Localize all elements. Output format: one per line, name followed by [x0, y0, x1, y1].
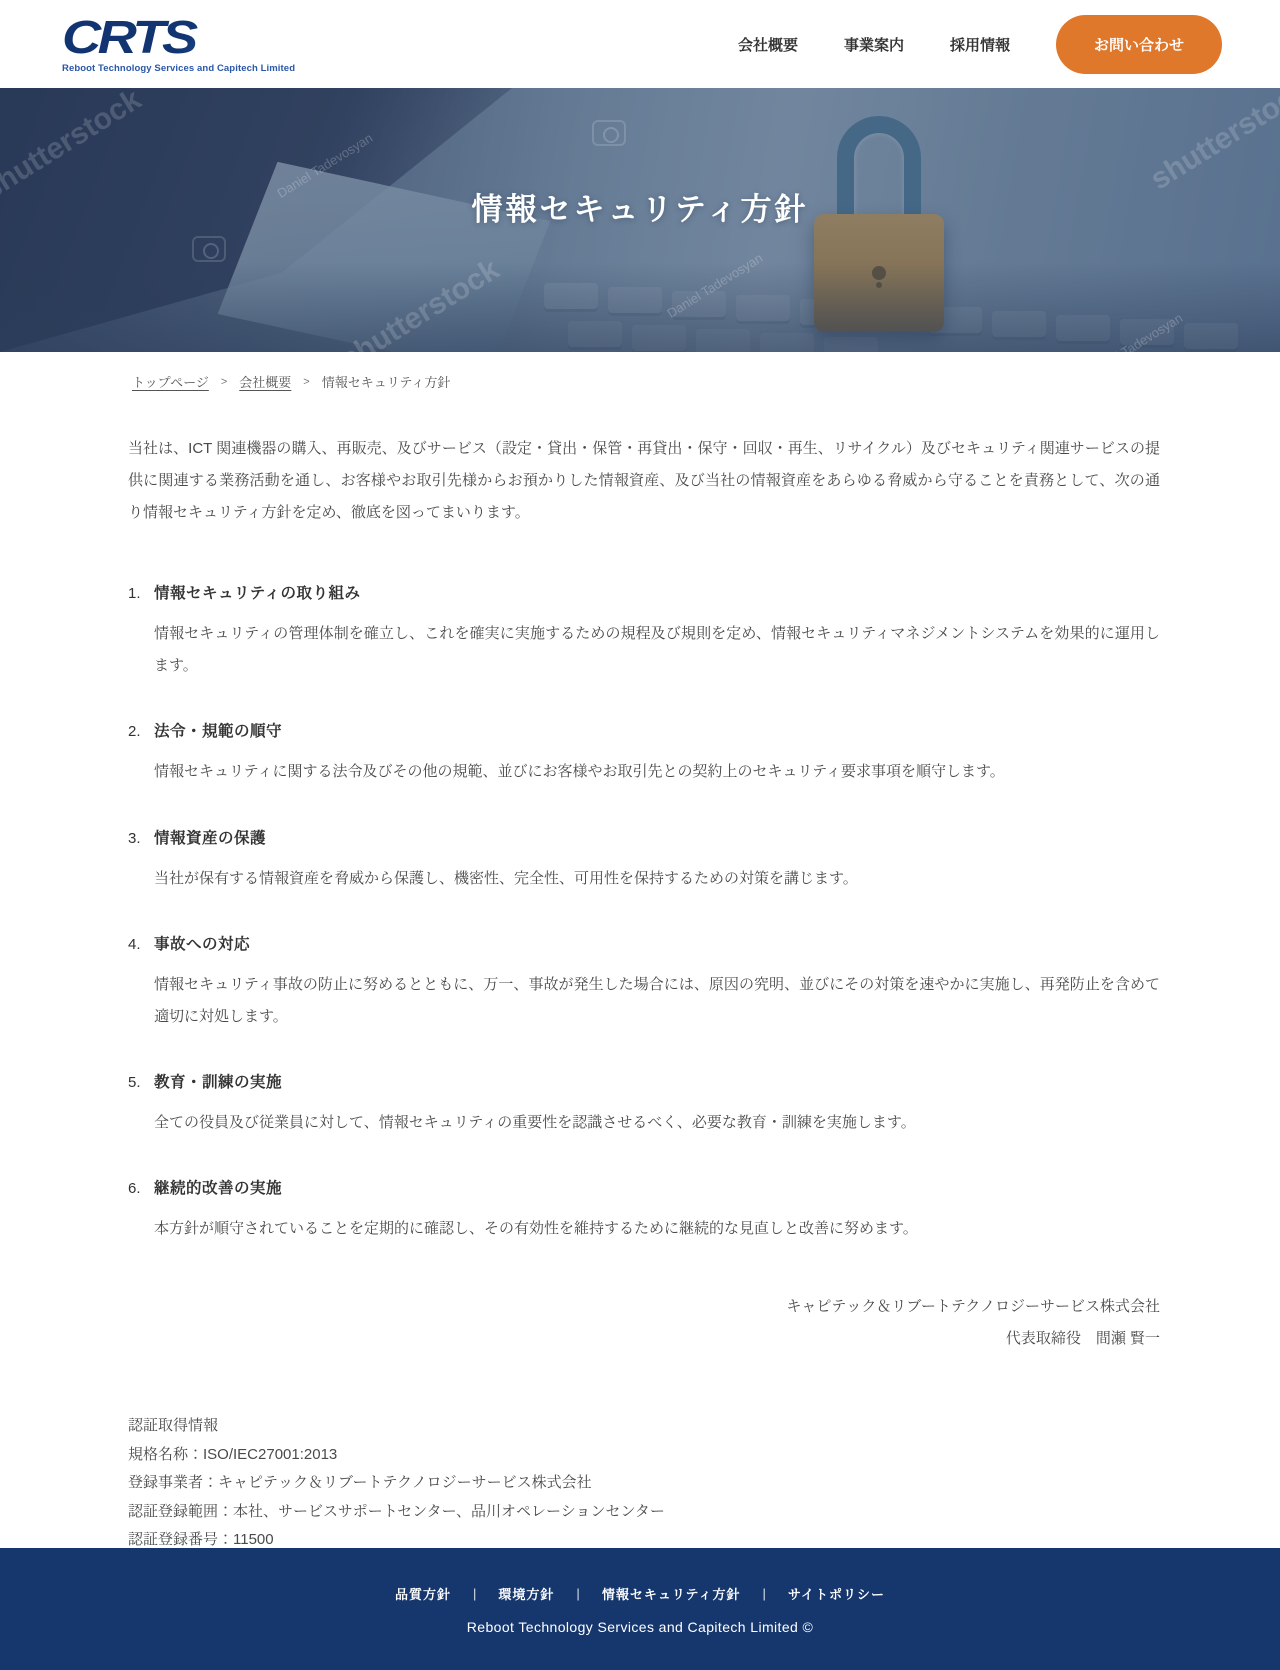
policy-number: 2.: [128, 723, 154, 740]
logo-wordmark: CRTS: [62, 14, 337, 60]
header-right: 会社概要 事業案内 採用情報 お問い合わせ: [738, 15, 1222, 74]
policy-item-1: 1. 情報セキュリティの取り組み 情報セキュリティの管理体制を確立し、これを確実…: [128, 581, 1160, 682]
footer-link-environment[interactable]: 環境方針: [498, 1584, 554, 1603]
breadcrumb-separator: >: [303, 376, 309, 388]
policy-item-6: 6. 継続的改善の実施 本方針が順守されていることを定期的に確認し、その有効性を…: [128, 1176, 1160, 1245]
footer-links: 品質方針 | 環境方針 | 情報セキュリティ方針 | サイトポリシー: [395, 1584, 885, 1603]
footer-link-sitepolicy[interactable]: サイトポリシー: [788, 1584, 885, 1603]
page-title: 情報セキュリティ方針: [0, 184, 1280, 229]
breadcrumb-link-top[interactable]: トップページ: [132, 372, 209, 391]
policy-list: 1. 情報セキュリティの取り組み 情報セキュリティの管理体制を確立し、これを確実…: [128, 581, 1160, 1245]
signature-company: キャピテック＆リブートテクノロジーサービス株式会社: [128, 1291, 1160, 1323]
intro-paragraph: 当社は、ICT 関連機器の購入、再販売、及びサービス（設定・貸出・保管・再貸出・…: [128, 433, 1160, 529]
policy-title: 教育・訓練の実施: [154, 1070, 282, 1092]
breadcrumb-link-company[interactable]: 会社概要: [239, 372, 291, 391]
certification-scope: 認証登録範囲：本社、サービスサポートセンター、品川オペレーションセンター: [128, 1498, 1160, 1526]
policy-item-5: 5. 教育・訓練の実施 全ての役員及び従業員に対して、情報セキュリティの重要性を…: [128, 1070, 1160, 1139]
main-content: 当社は、ICT 関連機器の購入、再販売、及びサービス（設定・貸出・保管・再貸出・…: [0, 391, 1280, 1640]
certification-standard: 規格名称：ISO/IEC27001:2013: [128, 1441, 1160, 1469]
policy-body: 情報セキュリティ事故の防止に努めるとともに、万一、事故が発生した場合には、原因の…: [154, 969, 1160, 1033]
site-header: CRTS Reboot Technology Services and Capi…: [0, 0, 1280, 88]
policy-body: 全ての役員及び従業員に対して、情報セキュリティの重要性を認識させるべく、必要な教…: [154, 1107, 1160, 1139]
main-nav: 会社概要 事業案内 採用情報: [738, 34, 1010, 55]
footer-copyright: Reboot Technology Services and Capitech …: [467, 1619, 813, 1635]
policy-number: 4.: [128, 936, 154, 953]
hero-banner: shutterstock shutterstock shutterstock D…: [0, 88, 1280, 352]
policy-body: 当社が保有する情報資産を脅威から保護し、機密性、完全性、可用性を保持するための対…: [154, 863, 1160, 895]
policy-item-3: 3. 情報資産の保護 当社が保有する情報資産を脅威から保護し、機密性、完全性、可…: [128, 826, 1160, 895]
site-footer: 品質方針 | 環境方針 | 情報セキュリティ方針 | サイトポリシー Reboo…: [0, 1548, 1280, 1670]
footer-link-quality[interactable]: 品質方針: [395, 1584, 451, 1603]
nav-item-recruit[interactable]: 採用情報: [950, 34, 1010, 55]
nav-item-business[interactable]: 事業案内: [844, 34, 904, 55]
policy-number: 1.: [128, 585, 154, 602]
policy-number: 5.: [128, 1074, 154, 1091]
footer-separator: |: [576, 1586, 579, 1601]
signature-block: キャピテック＆リブートテクノロジーサービス株式会社 代表取締役 間瀬 賢一: [128, 1291, 1160, 1354]
logo-tagline: Reboot Technology Services and Capitech …: [62, 64, 295, 74]
breadcrumb-separator: >: [221, 376, 227, 388]
signature-representative: 代表取締役 間瀬 賢一: [128, 1323, 1160, 1355]
footer-link-security[interactable]: 情報セキュリティ方針: [602, 1584, 741, 1603]
footer-separator: |: [473, 1586, 476, 1601]
policy-title: 情報セキュリティの取り組み: [154, 581, 360, 603]
policy-title: 情報資産の保護: [154, 826, 266, 848]
breadcrumb: トップページ > 会社概要 > 情報セキュリティ方針: [0, 352, 1280, 391]
policy-title: 法令・規範の順守: [154, 719, 282, 741]
policy-body: 本方針が順守されていることを定期的に確認し、その有効性を維持するために継続的な見…: [154, 1213, 1160, 1245]
company-logo[interactable]: CRTS Reboot Technology Services and Capi…: [62, 14, 295, 74]
policy-item-2: 2. 法令・規範の順守 情報セキュリティに関する法令及びその他の規範、並びにお客…: [128, 719, 1160, 788]
policy-body: 情報セキュリティに関する法令及びその他の規範、並びにお客様やお取引先との契約上の…: [154, 756, 1160, 788]
certification-registrant: 登録事業者：キャピテック＆リブートテクノロジーサービス株式会社: [128, 1469, 1160, 1497]
policy-title: 事故への対応: [154, 932, 250, 954]
contact-button[interactable]: お問い合わせ: [1056, 15, 1222, 74]
breadcrumb-current: 情報セキュリティ方針: [322, 372, 451, 391]
footer-separator: |: [763, 1586, 766, 1601]
policy-number: 6.: [128, 1180, 154, 1197]
policy-body: 情報セキュリティの管理体制を確立し、これを確実に実施するための規程及び規則を定め…: [154, 618, 1160, 682]
policy-number: 3.: [128, 830, 154, 847]
policy-item-4: 4. 事故への対応 情報セキュリティ事故の防止に努めるとともに、万一、事故が発生…: [128, 932, 1160, 1033]
certification-heading: 認証取得情報: [128, 1412, 1160, 1440]
nav-item-company[interactable]: 会社概要: [738, 34, 798, 55]
policy-title: 継続的改善の実施: [154, 1176, 282, 1198]
